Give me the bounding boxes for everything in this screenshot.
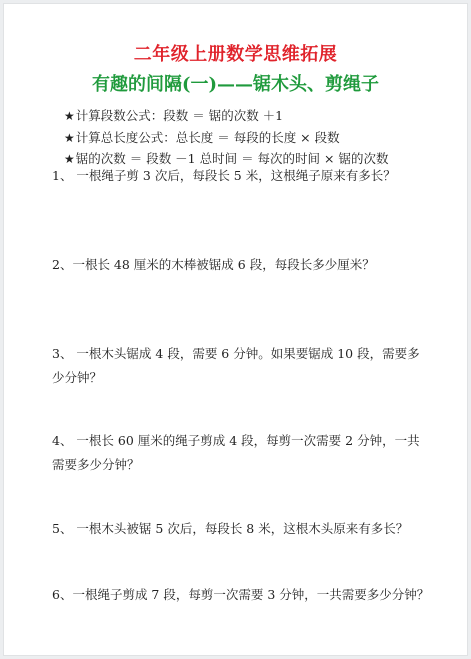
question-text: 一根木头被锯 5 次后，每段长 8 米，这根木头原来有多长？ <box>72 521 408 536</box>
question-2: 2、一根长 48 厘米的木棒被锯成 6 段，每段长多少厘米？ <box>52 253 432 277</box>
question-number: 4、 <box>52 433 72 448</box>
page-title: 二年级上册数学思维拓展 <box>4 40 467 66</box>
question-text: 一根绳子剪 3 次后，每段长 5 米，这根绳子原来有多长？ <box>72 168 395 183</box>
star-icon: ★ <box>64 109 75 123</box>
question-4: 4、 一根长 60 厘米的绳子剪成 4 段，每剪一次需要 2 分钟，一共需要多少… <box>52 429 432 477</box>
formula-segments: ★计算段数公式：段数 ＝ 锯的次数 ＋1 <box>64 106 283 124</box>
formula-total-length: ★计算总长度公式：总长度 ＝ 每段的长度 × 段数 <box>64 128 340 146</box>
question-text: 一根长 48 厘米的木棒被锯成 6 段，每段长多少厘米？ <box>72 257 374 272</box>
question-1: 1、 一根绳子剪 3 次后，每段长 5 米，这根绳子原来有多长？ <box>52 164 432 188</box>
formula-text: 计算总长度公式：总长度 ＝ 每段的长度 × 段数 <box>76 130 340 145</box>
question-number: 3、 <box>52 346 72 361</box>
question-5: 5、 一根木头被锯 5 次后，每段长 8 米，这根木头原来有多长？ <box>52 517 432 541</box>
question-text: 一根木头锯成 4 段，需要 6 分钟。如果要锯成 10 段，需要多少分钟？ <box>52 346 420 385</box>
question-3: 3、 一根木头锯成 4 段，需要 6 分钟。如果要锯成 10 段，需要多少分钟？ <box>52 342 432 390</box>
worksheet-page: 二年级上册数学思维拓展 有趣的间隔(一)——锯木头、剪绳子 ★计算段数公式：段数… <box>3 3 468 656</box>
question-text: 一根绳子剪成 7 段，每剪一次需要 3 分钟，一共需要多少分钟？ <box>72 587 429 602</box>
question-number: 5、 <box>52 521 72 536</box>
question-number: 2、 <box>52 257 72 272</box>
question-number: 1、 <box>52 168 72 183</box>
formula-text: 计算段数公式：段数 ＝ 锯的次数 ＋1 <box>76 108 283 123</box>
page-subtitle: 有趣的间隔(一)——锯木头、剪绳子 <box>4 70 467 96</box>
question-6: 6、一根绳子剪成 7 段，每剪一次需要 3 分钟，一共需要多少分钟？ <box>52 583 432 607</box>
question-number: 6、 <box>52 587 72 602</box>
star-icon: ★ <box>64 131 75 145</box>
question-text: 一根长 60 厘米的绳子剪成 4 段，每剪一次需要 2 分钟，一共需要多少分钟？ <box>52 433 420 472</box>
